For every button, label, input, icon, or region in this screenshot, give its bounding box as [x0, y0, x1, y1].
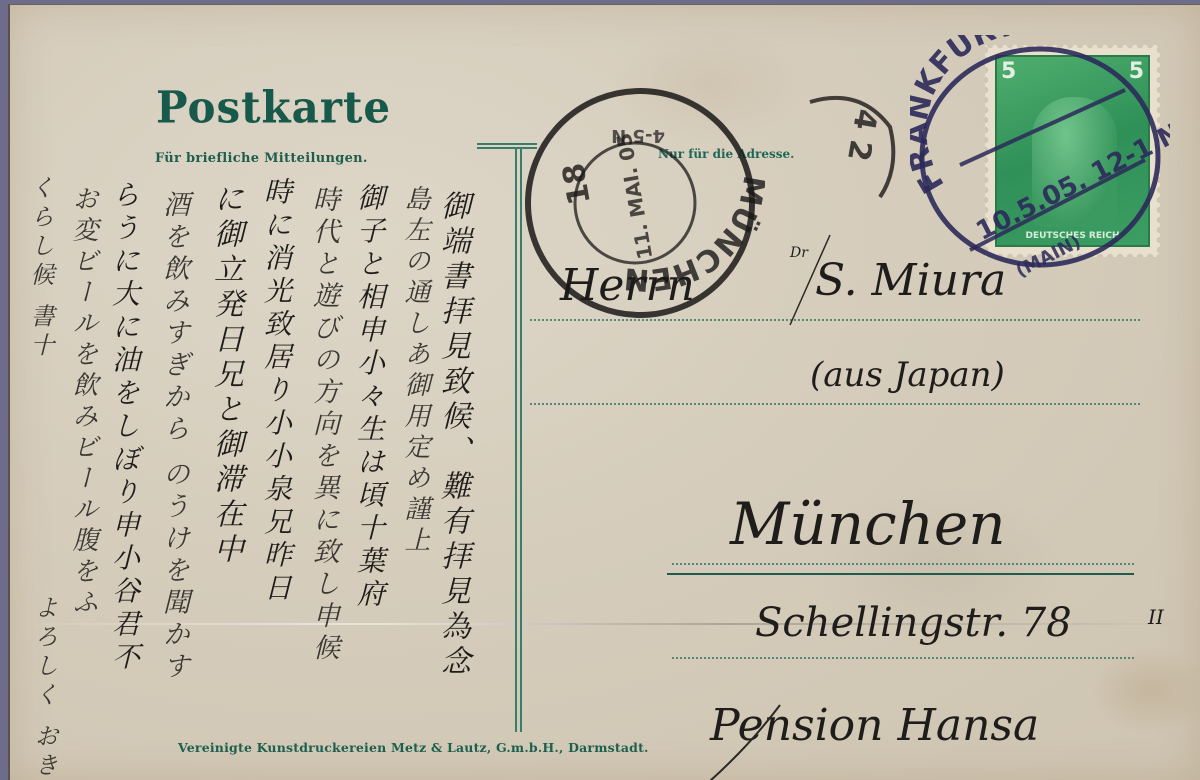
message-column: らうに大に油をしぼり申小谷君不 [110, 180, 138, 740]
frankfurt-subline: (MAIN) [1012, 231, 1084, 282]
address-floor: II [1148, 605, 1164, 629]
frankfurt-postmark: FRANKFURT 10.5.05. 12-1 N (MAIN) [910, 35, 1170, 285]
address-line [530, 403, 1140, 405]
address-recipient-title: Dr [790, 245, 808, 261]
printer-imprint: Vereinigte Kunstdruckereien Metz & Lautz… [178, 740, 649, 755]
message-column: 酒を飲みすぎから のうけを聞かす [160, 190, 187, 735]
message-column: お変ビールを飲みビール腹をふ [70, 185, 96, 755]
message-column: に御立発日兄と御滞在中 [210, 183, 240, 728]
address-city: München [730, 490, 1006, 558]
munich-time: 4-5 N [611, 125, 665, 146]
address-pension: Pension Hansa [710, 700, 1039, 751]
address-origin: (aus Japan) [810, 355, 1005, 395]
postcard-subtitle: Für briefliche Mitteilungen. [155, 151, 368, 166]
message-column: よろしく おき [32, 595, 56, 755]
message-column: 御子と相申小々生は頃十葉府 [355, 183, 383, 728]
partial-postmark-text: 4 2 [840, 106, 884, 163]
message-column: 御端書拝見致候、難有拝見為念 [437, 190, 467, 730]
munich-number: 18 [556, 160, 598, 207]
munich-postmark: MÜNCHEN 18 11. MAI. 05 4-5 N [515, 85, 765, 325]
partial-postmark: 4 2 [790, 87, 900, 207]
frankfurt-date: 10.5.05. 12-1 N [971, 118, 1170, 247]
message-column: くらし候 書十 [28, 175, 52, 495]
frankfurt-city: FRANKFURT [910, 35, 1019, 199]
message-column: 時に消光致居り小小泉兄昨日 [262, 177, 290, 722]
postcard: Postkarte Für briefliche Mitteilungen. N… [8, 4, 1200, 780]
message-column: 時代と遊びの方向を異に致し申候 [310, 185, 337, 730]
address-street: Schellingstr. 78 [755, 600, 1072, 646]
address-line [672, 563, 1134, 565]
message-column: 島左の通しあ御用定め謹上 [402, 185, 428, 730]
munich-date: 11. MAI. 05 [612, 131, 658, 261]
svg-text:FRANKFURT: FRANKFURT [910, 35, 1019, 199]
postcard-title: Postkarte [156, 82, 391, 133]
address-underline [667, 573, 1134, 575]
address-line [672, 657, 1134, 659]
